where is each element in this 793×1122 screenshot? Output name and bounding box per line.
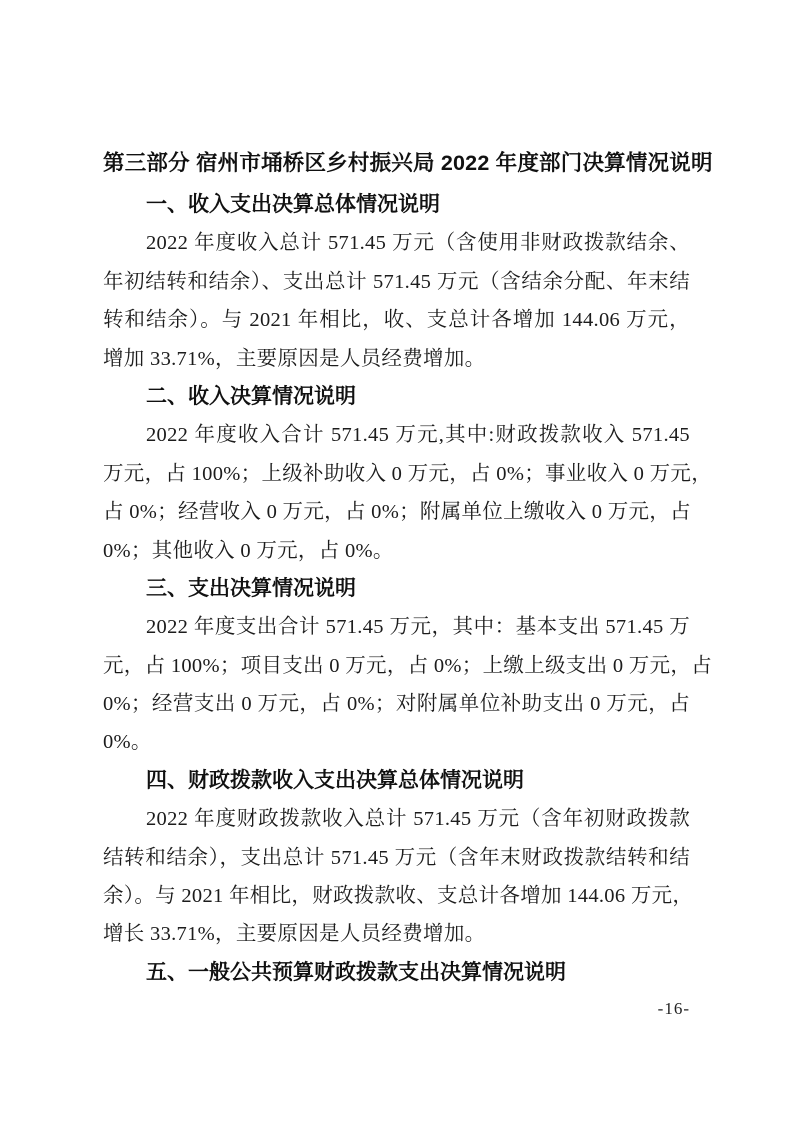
section-4-line-1: 2022 年度财政拨款收入总计 571.45 万元（含年初财政拨款	[103, 800, 690, 838]
section-2-line-3: 占 0%；经营收入 0 万元，占 0%；附属单位上缴收入 0 万元，占	[103, 493, 690, 531]
section-4-line-3: 余）。与 2021 年相比，财政拨款收、支总计各增加 144.06 万元，	[103, 877, 690, 915]
section-3-line-4: 0%。	[103, 723, 690, 761]
section-3-line-1: 2022 年度支出合计 571.45 万元，其中：基本支出 571.45 万	[103, 608, 690, 646]
section-1-line-3: 转和结余）。与 2021 年相比，收、支总计各增加 144.06 万元，	[103, 301, 690, 339]
section-2-line-4: 0%；其他收入 0 万元，占 0%。	[103, 532, 690, 570]
section-1-line-2: 年初结转和结余）、支出总计 571.45 万元（含结余分配、年末结	[103, 263, 690, 301]
section-4-line-4: 增长 33.71%，主要原因是人员经费增加。	[103, 915, 690, 953]
page-number: -16-	[103, 999, 690, 1019]
section-4-line-2: 结转和结余），支出总计 571.45 万元（含年末财政拨款结转和结	[103, 839, 690, 877]
section-3-line-3: 0%；经营支出 0 万元，占 0%；对附属单位补助支出 0 万元，占	[103, 685, 690, 723]
section-5-heading: 五、一般公共预算财政拨款支出决算情况说明	[103, 954, 690, 992]
section-3-heading: 三、支出决算情况说明	[103, 570, 690, 608]
section-1-line-1: 2022 年度收入总计 571.45 万元（含使用非财政拨款结余、	[103, 224, 690, 262]
document-page: 第三部分 宿州市埇桥区乡村振兴局 2022 年度部门决算情况说明 一、收入支出决…	[0, 0, 793, 1122]
section-2-line-2: 万元，占 100%；上级补助收入 0 万元，占 0%；事业收入 0 万元，	[103, 455, 690, 493]
document-title: 第三部分 宿州市埇桥区乡村振兴局 2022 年度部门决算情况说明	[103, 140, 690, 186]
section-1-line-4: 增加 33.71%，主要原因是人员经费增加。	[103, 340, 690, 378]
section-1-heading: 一、收入支出决算总体情况说明	[103, 186, 690, 224]
section-2-heading: 二、收入决算情况说明	[103, 378, 690, 416]
section-4-heading: 四、财政拨款收入支出决算总体情况说明	[103, 762, 690, 800]
section-2-line-1: 2022 年度收入合计 571.45 万元,其中:财政拨款收入 571.45	[103, 416, 690, 454]
section-3-line-2: 元，占 100%；项目支出 0 万元，占 0%；上缴上级支出 0 万元，占	[103, 647, 690, 685]
